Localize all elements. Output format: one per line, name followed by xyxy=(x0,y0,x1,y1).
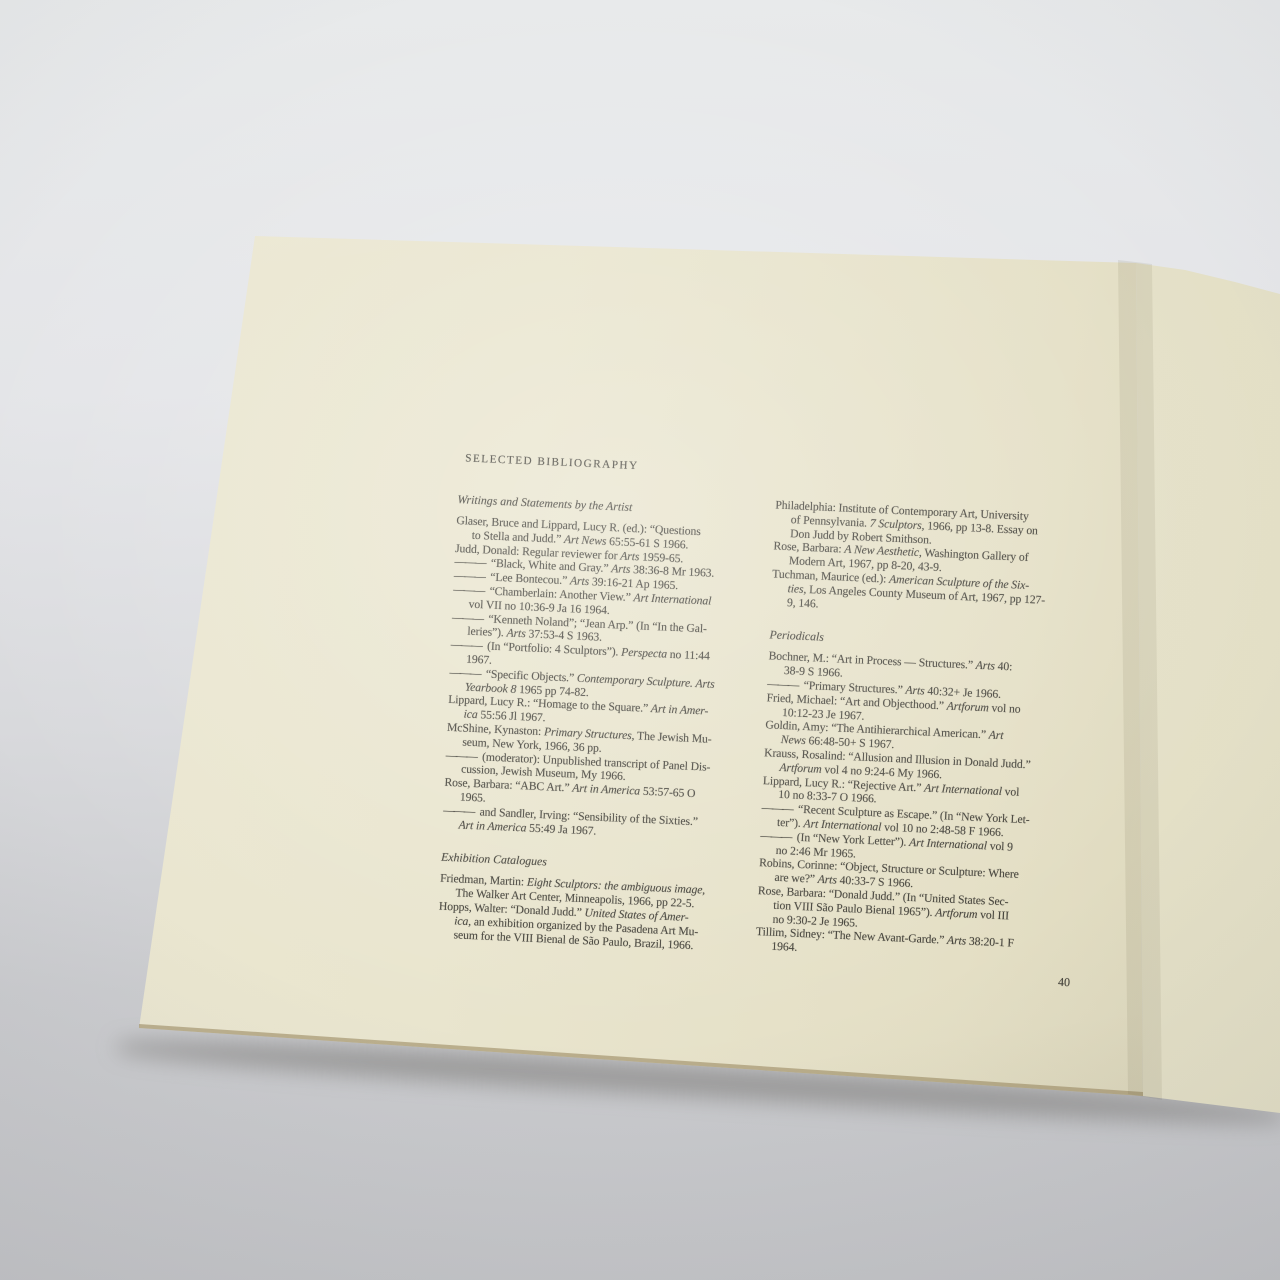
entry-text: Rose, Barbara: xyxy=(773,540,844,556)
italic-title-text: Arts xyxy=(947,934,967,948)
bibliography-section: Philadelphia: Institute of Contemporary … xyxy=(771,498,1096,623)
repeated-author-dash: ——— xyxy=(450,638,481,652)
entry-text: 9, 146. xyxy=(787,596,819,610)
italic-title-text: Artforum xyxy=(779,761,822,776)
bibliography-column-left: Writings and Statements by the ArtistGla… xyxy=(437,492,763,955)
italic-title-text: Art in America xyxy=(458,818,526,834)
repeated-author-dash: ——— xyxy=(449,666,480,680)
repeated-author-dash: ——— xyxy=(445,748,476,762)
repeated-author-dash: ——— xyxy=(767,677,798,691)
italic-title-text: Arts xyxy=(570,574,590,588)
entry-text: vol xyxy=(1002,785,1020,799)
italic-title-text: Arts xyxy=(506,627,526,641)
repeated-author-dash: ——— xyxy=(454,555,485,569)
italic-title-text: Arts xyxy=(817,873,837,887)
italic-title-text: Art in Amer- xyxy=(651,702,709,718)
italic-title-text: Arts xyxy=(975,659,995,673)
entry-text: 1964. xyxy=(771,940,797,954)
italic-title-text: Arts xyxy=(905,684,925,698)
repeated-author-dash: ——— xyxy=(443,803,474,817)
entry-text: 55:49 Ja 1967. xyxy=(526,821,596,837)
entry-text: 1959-65. xyxy=(639,550,683,565)
photo-of-open-book: SELECTED BIBLIOGRAPHY Writings and State… xyxy=(0,0,1280,1280)
page-number: 40 xyxy=(1058,975,1071,991)
entry-text: , The Jewish Mu- xyxy=(631,729,712,746)
entry-text: vol no xyxy=(988,701,1020,715)
entry-text: vol III xyxy=(977,908,1009,922)
italic-title-text: Arts xyxy=(611,562,631,576)
entry-text: are we?” xyxy=(774,871,818,886)
bibliography-section: Exhibition CataloguesFriedman, Martin: E… xyxy=(437,850,747,955)
repeated-author-dash: ——— xyxy=(761,801,792,815)
italic-title-text: Perspecta xyxy=(621,646,667,661)
repeated-author-dash: ——— xyxy=(452,610,483,624)
entry-text: 1967. xyxy=(466,653,492,667)
entry-text: vol 9 xyxy=(987,839,1014,853)
repeated-author-dash: ——— xyxy=(453,583,484,597)
entry-text: , xyxy=(702,884,705,897)
italic-title-text: Artforum xyxy=(935,906,978,921)
entry-text: 53:57-65 O xyxy=(640,785,696,800)
entry-text: leries”). xyxy=(467,625,507,640)
repeated-author-dash: ——— xyxy=(454,569,485,583)
bibliography-column-right: Philadelphia: Institute of Contemporary … xyxy=(755,498,1095,967)
italic-title-text: Art xyxy=(988,729,1003,743)
italic-title-text: ties xyxy=(787,582,803,596)
entry-text: no 11:44 xyxy=(667,648,710,663)
italic-title-text: Art International xyxy=(633,591,711,608)
page-title: SELECTED BIBLIOGRAPHY xyxy=(465,452,639,472)
italic-title-text: Art International xyxy=(909,836,987,853)
bibliography-section: Writings and Statements by the ArtistGla… xyxy=(442,492,763,845)
italic-title-text: Yearbook 8 xyxy=(465,680,517,695)
italic-title-text: Art News xyxy=(564,533,607,548)
italic-title-text: Art in America xyxy=(572,782,640,798)
entry-text: 40: xyxy=(995,660,1013,674)
repeated-author-dash: ——— xyxy=(760,829,791,843)
entry-text: 1965. xyxy=(460,790,486,804)
bibliography-section: PeriodicalsBochner, M.: “Art in Process … xyxy=(755,628,1089,968)
italic-title-text: 7 Sculptors xyxy=(870,517,922,532)
entry-text: 38:20-1 F xyxy=(966,935,1014,950)
italic-title-text: ica xyxy=(463,708,478,722)
italic-title-text: Artforum xyxy=(946,699,989,714)
bibliography-page-content: SELECTED BIBLIOGRAPHY Writings and State… xyxy=(410,441,1136,1052)
italic-title-text: Arts xyxy=(620,549,640,563)
italic-title-text: News xyxy=(781,733,807,747)
entry-text: ter”). xyxy=(777,816,804,830)
italic-title-text: ica xyxy=(454,914,469,928)
